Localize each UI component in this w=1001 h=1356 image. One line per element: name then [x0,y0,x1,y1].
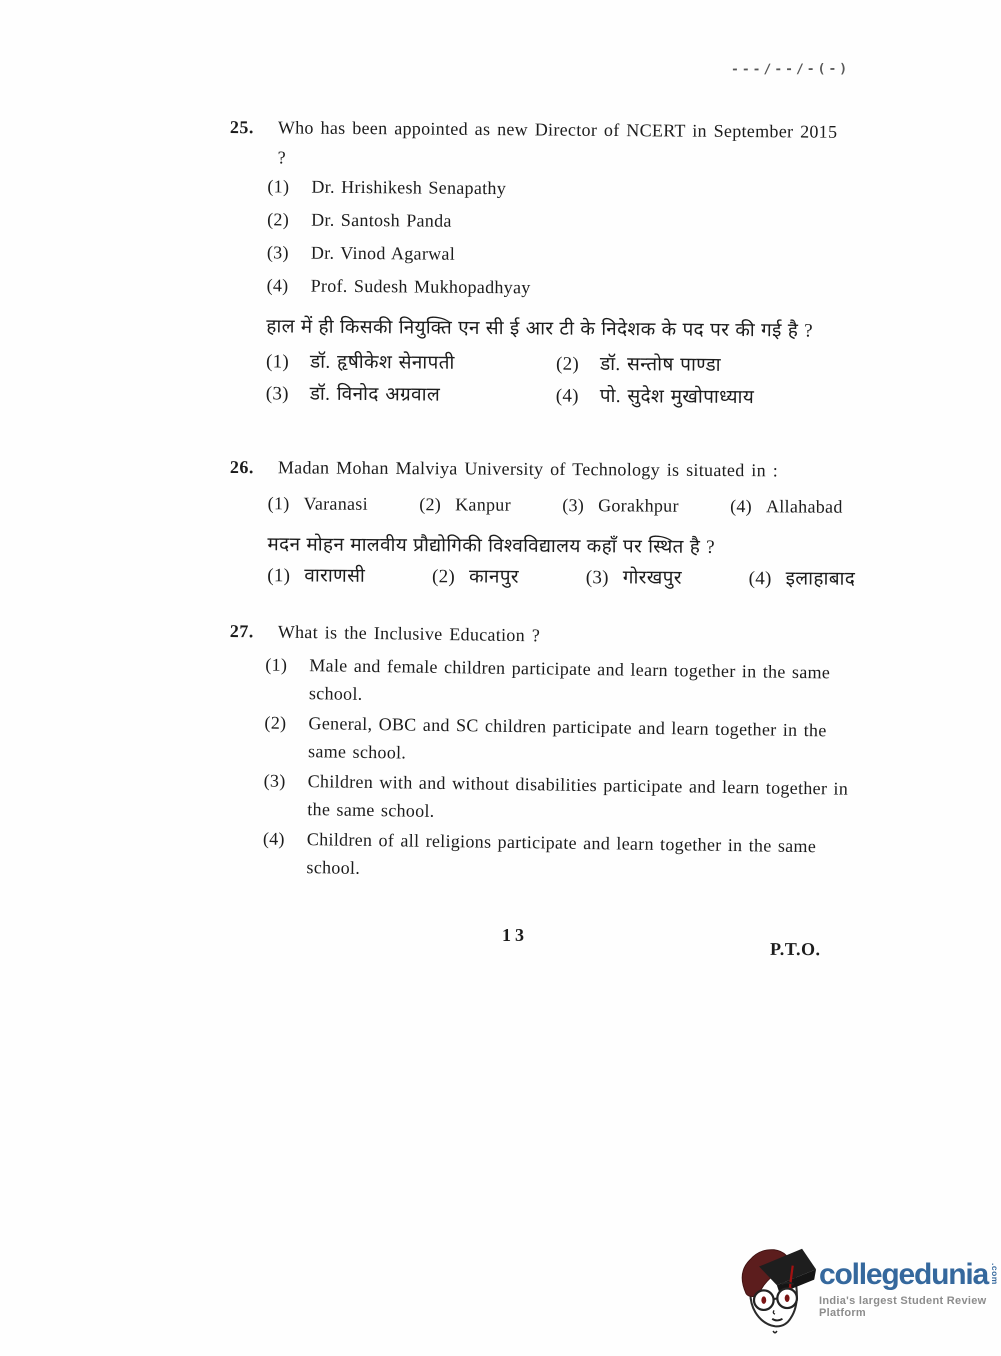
question-text-english: Madan Mohan Malviya University of Techno… [278,452,778,485]
question-text-english: Who has been appointed as new Director o… [278,112,850,176]
option-text: Prof. Sudesh Mukhopadhyay [311,276,531,298]
option-text: पो. सुदेश मुखोपाध्याय [600,385,755,409]
option-row: (3) डॉ. विनोद अग्रवाल [266,382,556,407]
option-row: (2) डॉ. सन्तोष पाण्डा [556,353,868,378]
option-label: (2) [264,708,309,765]
question-head: 27. What is the Inclusive Education ? [230,616,870,655]
question-text-english: What is the Inclusive Education ? [278,617,541,651]
graduate-boy-mascot-icon [733,1240,817,1336]
option-label: (2) [556,353,600,376]
option-label: (3) [266,382,310,405]
option-label: (2) [419,493,441,515]
option-row: (3) Children with and without disabiliti… [263,766,868,830]
question-head: 26. Madan Mohan Malviya University of Te… [230,452,870,486]
option-row: (2) General, OBC and SC children partici… [264,708,869,772]
question-27: 27. What is the Inclusive Education ? (1… [226,616,870,891]
option-label: (3) [263,766,308,823]
option-text: Allahabad [766,495,843,517]
question-25: 25. Who has been appointed as new Direct… [228,112,870,410]
option-text: Dr. Hrishikesh Senapathy [311,177,506,199]
question-number: 25. [230,112,278,142]
option-row: (3) Dr. Vinod Agarwal [267,242,869,267]
exam-paper-page: ---/--/-(-) 25. Who has been appointed a… [0,0,1001,1356]
option-label: (4) [556,385,600,408]
question-text-hindi: हाल में ही किसकी नियुक्ति एन सी ई आर टी … [266,311,854,347]
option-label: (3) [562,494,584,516]
option-row: (1) डॉ. हृषीकेश सेनापती [266,350,556,375]
option-text: डॉ. सन्तोष पाण्डा [600,353,721,377]
option-row: (4) Prof. Sudesh Mukhopadhyay [267,275,869,300]
brand-tld: .com [990,1263,1000,1289]
option-row: (3) Gorakhpur [562,494,679,517]
option-text: Male and female children participate and… [309,651,856,715]
option-label: (1) [267,565,290,587]
option-row: (1) Male and female children participate… [265,650,870,714]
brand-tagline: India's largest Student Review Platform [819,1295,1001,1319]
options-english: (1) Dr. Hrishikesh Senapathy (2) Dr. San… [267,176,870,300]
option-row: (1) Dr. Hrishikesh Senapathy [267,176,869,201]
options-hindi: (1) डॉ. हृषीकेश सेनापती (2) डॉ. सन्तोष प… [266,350,868,410]
option-label: (4) [749,568,772,590]
option-label: (1) [266,350,310,373]
option-label: (4) [267,275,311,295]
option-label: (1) [268,492,290,514]
question-text-hindi: मदन मोहन मालवीय प्रौद्योगिकी विश्वविद्या… [267,529,855,564]
question-number: 26. [230,452,278,482]
pto-label: P.T.O. [770,939,821,960]
logo-text-block: collegedunia .com India's largest Studen… [819,1260,1001,1319]
option-text: वाराणसी [304,565,365,587]
option-text: इलाहाबाद [786,568,856,590]
option-row: (2) Dr. Santosh Panda [267,209,869,234]
option-label: (4) [262,824,307,881]
option-row: (4) Children of all religions participat… [262,824,867,888]
option-text: Dr. Santosh Panda [311,210,452,231]
brand-text: collegedunia [819,1260,988,1290]
option-label: (3) [267,242,311,262]
option-text: कानपुर [469,566,519,588]
option-text: Kanpur [455,493,511,515]
paper-code-fragment: ---/--/-(-) [731,62,850,78]
option-text: Dr. Vinod Agarwal [311,243,455,264]
option-row: (4) पो. सुदेश मुखोपाध्याय [556,385,868,410]
option-label: (1) [267,176,311,196]
page-number: 13 [502,925,528,946]
option-row: (2) कानपुर [432,566,519,589]
option-text: General, OBC and SC children participate… [308,709,855,773]
option-text: Gorakhpur [598,494,679,516]
question-head: 25. Who has been appointed as new Direct… [230,112,870,177]
option-label: (4) [730,495,752,517]
option-row: (4) Allahabad [730,495,843,518]
option-label: (2) [267,209,311,229]
option-text: Children with and without disabilities p… [307,767,854,831]
option-label: (1) [265,650,310,707]
options-english: (1) Varanasi (2) Kanpur (3) Gorakhpur (4… [268,492,843,518]
option-label: (3) [586,567,609,589]
option-row: (3) गोरखपुर [586,567,682,590]
option-text: डॉ. हृषीकेश सेनापती [310,351,455,375]
question-26: 26. Madan Mohan Malviya University of Te… [229,452,870,591]
question-number: 27. [230,616,278,647]
option-text: गोरखपुर [623,567,682,589]
option-row: (2) Kanpur [419,493,511,516]
option-row: (4) इलाहाबाद [749,568,856,591]
option-text: डॉ. विनोद अग्रवाल [310,383,440,407]
options-hindi: (1) वाराणसी (2) कानपुर (3) गोरखपुर (4) इ… [267,565,855,591]
option-row: (1) वाराणसी [267,565,365,588]
option-text: Children of all religions participate an… [306,825,853,889]
option-label: (2) [432,566,455,588]
collegedunia-logo: collegedunia .com India's largest Studen… [733,1240,1001,1336]
options-english: (1) Male and female children participate… [262,650,869,888]
option-text: Varanasi [304,492,369,514]
option-row: (1) Varanasi [268,492,368,515]
